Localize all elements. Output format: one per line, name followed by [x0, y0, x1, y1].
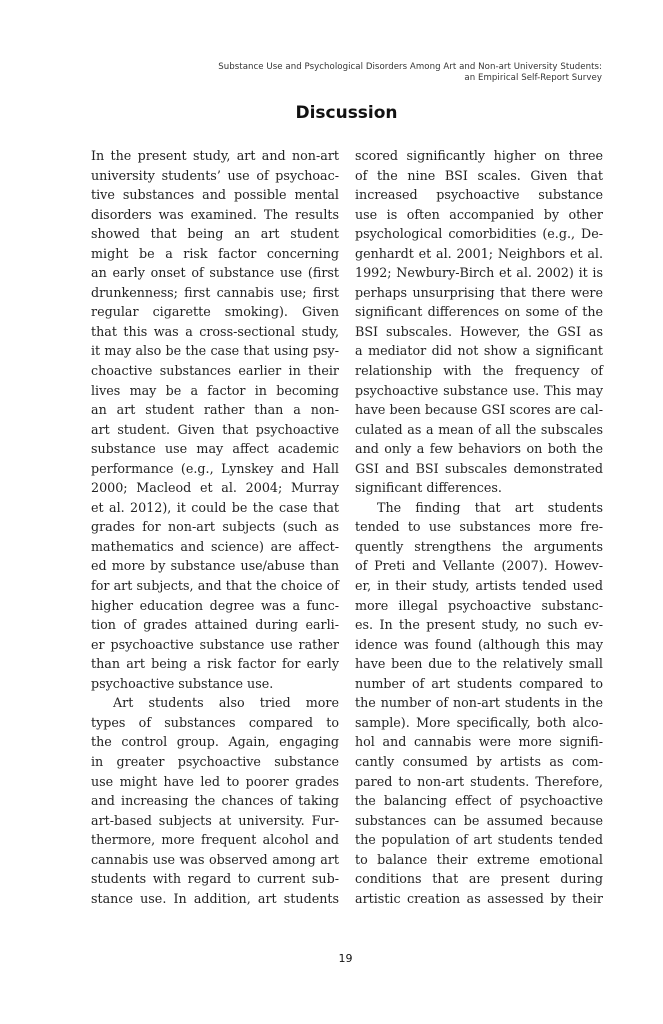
text-line: stance use. In addition, art students: [91, 889, 339, 909]
text-line: regular cigarette smoking). Given: [91, 302, 339, 322]
text-line: idence was found (although this may: [355, 635, 603, 655]
text-line: 1992; Newbury-Birch et al. 2002) it is: [355, 263, 603, 283]
text-line: cantly consumed by artists as com-: [355, 752, 603, 772]
running-head: Substance Use and Psychological Disorder…: [218, 62, 602, 84]
text-line: and increasing the chances of taking: [91, 791, 339, 811]
text-line: er psychoactive substance use rather: [91, 635, 339, 655]
text-line: drunkenness; first cannabis use; first: [91, 283, 339, 303]
text-line: performance (e.g., Lynskey and Hall: [91, 459, 339, 479]
text-line: The finding that art students: [355, 498, 603, 518]
text-line: et al. 2012), it could be the case that: [91, 498, 339, 518]
text-line: number of art students compared to: [355, 674, 603, 694]
text-line: artistic creation as assessed by their: [355, 889, 603, 909]
text-line: 2000; Macleod et al. 2004; Murray: [91, 478, 339, 498]
text-line: perhaps unsurprising that there were: [355, 283, 603, 303]
text-line: more illegal psychoactive substanc-: [355, 596, 603, 616]
text-line: GSI and BSI subscales demonstrated: [355, 459, 603, 479]
text-line: the population of art students tended: [355, 830, 603, 850]
text-line: the number of non-art students in the: [355, 693, 603, 713]
text-line: types of substances compared to: [91, 713, 339, 733]
text-line: quently strengthens the arguments: [355, 537, 603, 557]
text-line: hol and cannabis were more signifi-: [355, 732, 603, 752]
running-head-line-1: Substance Use and Psychological Disorder…: [218, 62, 602, 73]
text-line: In the present study, art and non-art: [91, 146, 339, 166]
text-line: and only a few behaviors on both the: [355, 439, 603, 459]
text-line: pared to non-art students. Therefore,: [355, 772, 603, 792]
text-line: the control group. Again, engaging: [91, 732, 339, 752]
text-line: for art subjects, and that the choice of: [91, 576, 339, 596]
section-title: Discussion: [0, 103, 663, 123]
text-line: the balancing effect of psychoactive: [355, 791, 603, 811]
text-line: Art students also tried more: [91, 693, 339, 713]
text-line: have been due to the relatively small: [355, 654, 603, 674]
text-line: of the nine BSI scales. Given that: [355, 166, 603, 186]
text-line: to balance their extreme emotional: [355, 850, 603, 870]
text-line: relationship with the frequency of: [355, 361, 603, 381]
text-line: conditions that are present during: [355, 869, 603, 889]
text-line: BSI subscales. However, the GSI as: [355, 322, 603, 342]
text-line: grades for non-art subjects (such as: [91, 517, 339, 537]
text-line: substance use may affect academic: [91, 439, 339, 459]
text-line: genhardt et al. 2001; Neighbors et al.: [355, 244, 603, 264]
text-line: es. In the present study, no such ev-: [355, 615, 603, 635]
left-column: In the present study, art and non-artuni…: [91, 146, 339, 908]
text-line: than art being a risk factor for early: [91, 654, 339, 674]
text-line: university students’ use of psychoac-: [91, 166, 339, 186]
text-line: choactive substances earlier in their: [91, 361, 339, 381]
right-column: scored significantly higher on threeof t…: [355, 146, 603, 908]
text-line: an art student rather than a non-: [91, 400, 339, 420]
text-line: students with regard to current sub-: [91, 869, 339, 889]
text-line: tended to use substances more fre-: [355, 517, 603, 537]
text-line: might be a risk factor concerning: [91, 244, 339, 264]
text-line: art-based subjects at university. Fur-: [91, 811, 339, 831]
text-line: mathematics and science) are affect-: [91, 537, 339, 557]
text-line: cannabis use was observed among art: [91, 850, 339, 870]
text-line: tion of grades attained during earli-: [91, 615, 339, 635]
text-line: psychoactive substance use.: [91, 674, 339, 694]
page-number: 19: [0, 952, 663, 965]
text-line: art student. Given that psychoactive: [91, 420, 339, 440]
text-line: that this was a cross-sectional study,: [91, 322, 339, 342]
text-line: in greater psychoactive substance: [91, 752, 339, 772]
text-line: lives may be a factor in becoming: [91, 381, 339, 401]
text-line: have been because GSI scores are cal-: [355, 400, 603, 420]
text-line: significant differences on some of the: [355, 302, 603, 322]
text-line: thermore, more frequent alcohol and: [91, 830, 339, 850]
text-line: ed more by substance use/abuse than: [91, 556, 339, 576]
text-line: showed that being an art student: [91, 224, 339, 244]
text-line: psychoactive substance use. This may: [355, 381, 603, 401]
text-line: significant differences.: [355, 478, 603, 498]
text-line: scored significantly higher on three: [355, 146, 603, 166]
text-line: of Preti and Vellante (2007). Howev-: [355, 556, 603, 576]
text-line: it may also be the case that using psy-: [91, 341, 339, 361]
text-line: use might have led to poorer grades: [91, 772, 339, 792]
text-line: er, in their study, artists tended used: [355, 576, 603, 596]
text-line: an early onset of substance use (first: [91, 263, 339, 283]
text-line: tive substances and possible mental: [91, 185, 339, 205]
text-line: psychological comorbidities (e.g., De-: [355, 224, 603, 244]
text-line: sample). More specifically, both alco-: [355, 713, 603, 733]
running-head-line-2: an Empirical Self-Report Survey: [218, 73, 602, 84]
text-line: a mediator did not show a significant: [355, 341, 603, 361]
text-line: use is often accompanied by other: [355, 205, 603, 225]
text-line: substances can be assumed because: [355, 811, 603, 831]
text-line: higher education degree was a func-: [91, 596, 339, 616]
text-line: increased psychoactive substance: [355, 185, 603, 205]
text-line: culated as a mean of all the subscales: [355, 420, 603, 440]
text-line: disorders was examined. The results: [91, 205, 339, 225]
